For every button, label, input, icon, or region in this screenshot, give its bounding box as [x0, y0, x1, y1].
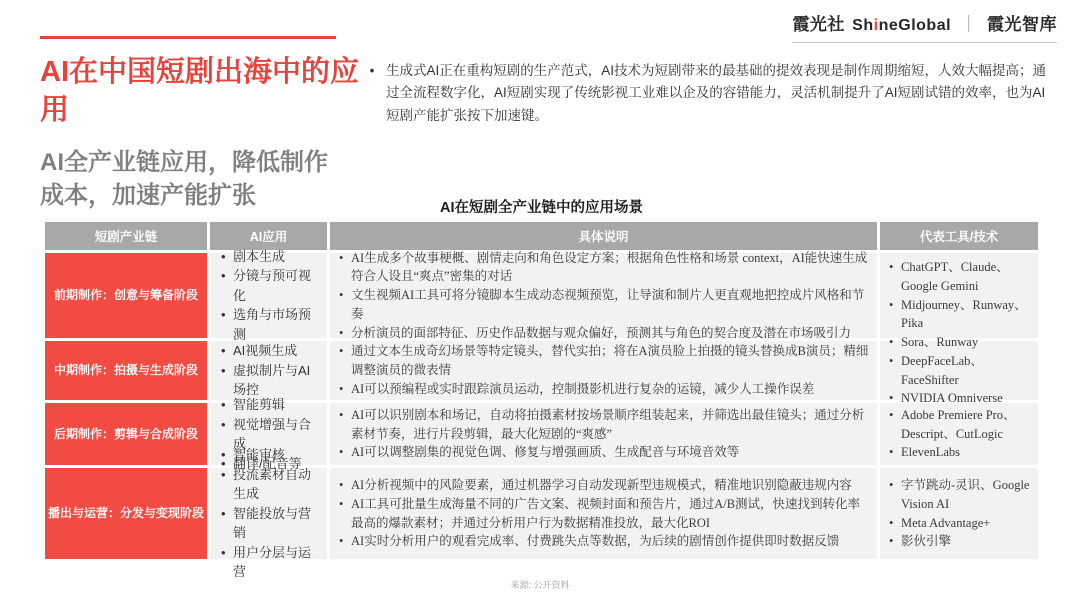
tools-cell: ChatGPT、Claude、Google GeminiMidjourney、R… — [880, 253, 1038, 338]
page-title: AI在中国短剧出海中的应用 — [40, 53, 360, 130]
applications-list: AI视频生成虚拟制片与AI场控 — [218, 341, 321, 400]
bullet-item: AI视频生成 — [218, 341, 321, 361]
brand-divider: ｜ — [960, 15, 978, 34]
bullet-item: ElevenLabs — [886, 443, 1032, 462]
bullet-item: Midjourney、Runway、Pika — [886, 296, 1032, 334]
bullet-item: Sora、Runway — [886, 333, 1032, 352]
tools-cell: 字节跳动-灵识、Google Vision AIMeta Advantage+影… — [880, 468, 1038, 559]
source-note: 来源: 公开资料 — [0, 578, 1080, 591]
details-cell: AI分析视频中的风险要素，通过机器学习自动发现新型违规模式，精准地识别隐蔽违规内… — [330, 468, 877, 559]
details-list: AI生成多个故事梗概、剧情走向和角色设定方案；根据角色性格和场景 context… — [336, 249, 871, 343]
bullet-item: 分镜与预可视化 — [218, 266, 321, 305]
col-header-tools: 代表工具/技术 — [880, 222, 1038, 250]
tools-cell: Adobe Premiere Pro、Descript、CutLogicElev… — [880, 403, 1038, 465]
details-list: 通过文本生成奇幻场景等特定镜头，替代实拍；将在A演员脸上拍摄的镜头替换成B演员；… — [336, 342, 871, 398]
applications-cell: 智能审核投流素材自动生成智能投放与营销用户分层与运营 — [210, 468, 327, 559]
col-header-details: 具体说明 — [330, 222, 877, 250]
bullet-item: AI分析视频中的风险要素，通过机器学习自动发现新型违规模式，精准地识别隐蔽违规内… — [336, 476, 871, 495]
applications-cell: AI视频生成虚拟制片与AI场控 — [210, 341, 327, 400]
application-table: 短剧产业链 AI应用 具体说明 代表工具/技术 前期制作：创意与筹备阶段 剧本生… — [45, 222, 1038, 559]
bullet-item: ChatGPT、Claude、Google Gemini — [886, 258, 1032, 296]
bullet-item: 剧本生成 — [218, 247, 321, 267]
bullet-item: 智能投放与营销 — [218, 504, 321, 543]
title-accent-bar — [40, 36, 336, 39]
bullet-item: 分析演员的面部特征、历史作品数据与观众偏好，预测其与角色的契合度及潜在市场吸引力 — [336, 324, 871, 343]
bullet-item: DeepFaceLab、FaceShifter — [886, 352, 1032, 390]
details-list: AI分析视频中的风险要素，通过机器学习自动发现新型违规模式，精准地识别隐蔽违规内… — [336, 476, 871, 551]
bullet-item: AI实时分析用户的观看完成率、付费跳失点等数据，为后续的剧情创作提供即时数据反馈 — [336, 532, 871, 551]
bullet-item: 选角与市场预测 — [218, 305, 321, 344]
bullet-item: AI生成多个故事梗概、剧情走向和角色设定方案；根据角色性格和场景 context… — [336, 249, 871, 287]
bullet-item: 用户分层与运营 — [218, 543, 321, 582]
applications-list: 智能审核投流素材自动生成智能投放与营销用户分层与运营 — [218, 445, 321, 582]
stage-cell-pre-production: 前期制作：创意与筹备阶段 — [45, 253, 207, 338]
tools-cell: Sora、RunwayDeepFaceLab、FaceShifterNVIDIA… — [880, 341, 1038, 400]
tools-list: 字节跳动-灵识、Google Vision AIMeta Advantage+影… — [886, 476, 1032, 551]
slide-page: 霞光社 ShineGlobal ｜ 霞光智库 AI在中国短剧出海中的应用 AI全… — [0, 0, 1080, 608]
bullet-item: 通过文本生成奇幻场景等特定镜头，替代实拍；将在A演员脸上拍摄的镜头替换成B演员；… — [336, 342, 871, 380]
tools-list: Sora、RunwayDeepFaceLab、FaceShifterNVIDIA… — [886, 333, 1032, 408]
bullet-item: 文生视频AI工具可将分镜脚本生成动态视频预览，让导演和制片人更直观地把控成片风格… — [336, 286, 871, 324]
details-cell: AI可以识别剧本和场记，自动将拍摄素材按场景顺序组装起来，并筛选出最佳镜头；通过… — [330, 403, 877, 465]
brand-name-cn: 霞光社 — [792, 15, 845, 34]
title-block: AI在中国短剧出海中的应用 AI全产业链应用，降低制作成本，加速产能扩张 — [40, 36, 362, 212]
stage-cell-distribution: 播出与运营：分发与变现阶段 — [45, 468, 207, 559]
tools-list: ChatGPT、Claude、Google GeminiMidjourney、R… — [886, 258, 1032, 333]
intro-paragraph: 生成式AI正在重构短剧的生产范式，AI技术为短剧带来的最基础的提效表现是制作周期… — [358, 60, 1050, 127]
bullet-item: 字节跳动-灵识、Google Vision AI — [886, 476, 1032, 514]
stage-cell-post-production: 后期制作：剪辑与合成阶段 — [45, 403, 207, 465]
bullet-dot-icon — [358, 60, 386, 127]
bullet-item: 虚拟制片与AI场控 — [218, 361, 321, 400]
details-cell: 通过文本生成奇幻场景等特定镜头，替代实拍；将在A演员脸上拍摄的镜头替换成B演员；… — [330, 341, 877, 400]
bullet-item: AI可以识别剧本和场记，自动将拍摄素材按场景顺序组装起来，并筛选出最佳镜头；通过… — [336, 406, 871, 444]
bullet-item: AI可以预编程或实时跟踪演员运动，控制摄影机进行复杂的运镜，减少人工操作误差 — [336, 380, 871, 399]
bullet-item: Meta Advantage+ — [886, 514, 1032, 533]
bullet-item: AI可以调整剧集的视觉色调、修复与增强画质、生成配音与环境音效等 — [336, 443, 871, 462]
applications-cell: 剧本生成分镜与预可视化选角与市场预测 — [210, 253, 327, 338]
bullet-item: Adobe Premiere Pro、Descript、CutLogic — [886, 406, 1032, 444]
col-header-stage: 短剧产业链 — [45, 222, 207, 250]
stage-cell-mid-production: 中期制作：拍摄与生成阶段 — [45, 341, 207, 400]
details-list: AI可以识别剧本和场记，自动将拍摄素材按场景顺序组装起来，并筛选出最佳镜头；通过… — [336, 406, 871, 462]
bullet-item: 投流素材自动生成 — [218, 465, 321, 504]
bullet-item: 智能审核 — [218, 445, 321, 465]
bullet-item: AI工具可批量生成海量不同的广告文案、视频封面和预告片，通过A/B测试，快速找到… — [336, 495, 871, 533]
intro-text: 生成式AI正在重构短剧的生产范式，AI技术为短剧带来的最基础的提效表现是制作周期… — [386, 60, 1050, 127]
brand-suffix: 霞光智库 — [987, 15, 1057, 34]
brand-name-en: ShineGlobal — [852, 17, 951, 34]
bullet-item: 智能剪辑 — [218, 395, 321, 415]
details-cell: AI生成多个故事梗概、剧情走向和角色设定方案；根据角色性格和场景 context… — [330, 253, 877, 338]
table-title: AI在短剧全产业链中的应用场景 — [45, 196, 1038, 217]
tools-list: Adobe Premiere Pro、Descript、CutLogicElev… — [886, 406, 1032, 462]
brand-logo: 霞光社 ShineGlobal ｜ 霞光智库 — [792, 10, 1057, 43]
bullet-item: 影伙引擎 — [886, 532, 1032, 551]
brand-en-pre: Sh — [852, 17, 873, 34]
applications-list: 剧本生成分镜与预可视化选角与市场预测 — [218, 247, 321, 345]
brand-en-post: neGlobal — [879, 17, 951, 34]
